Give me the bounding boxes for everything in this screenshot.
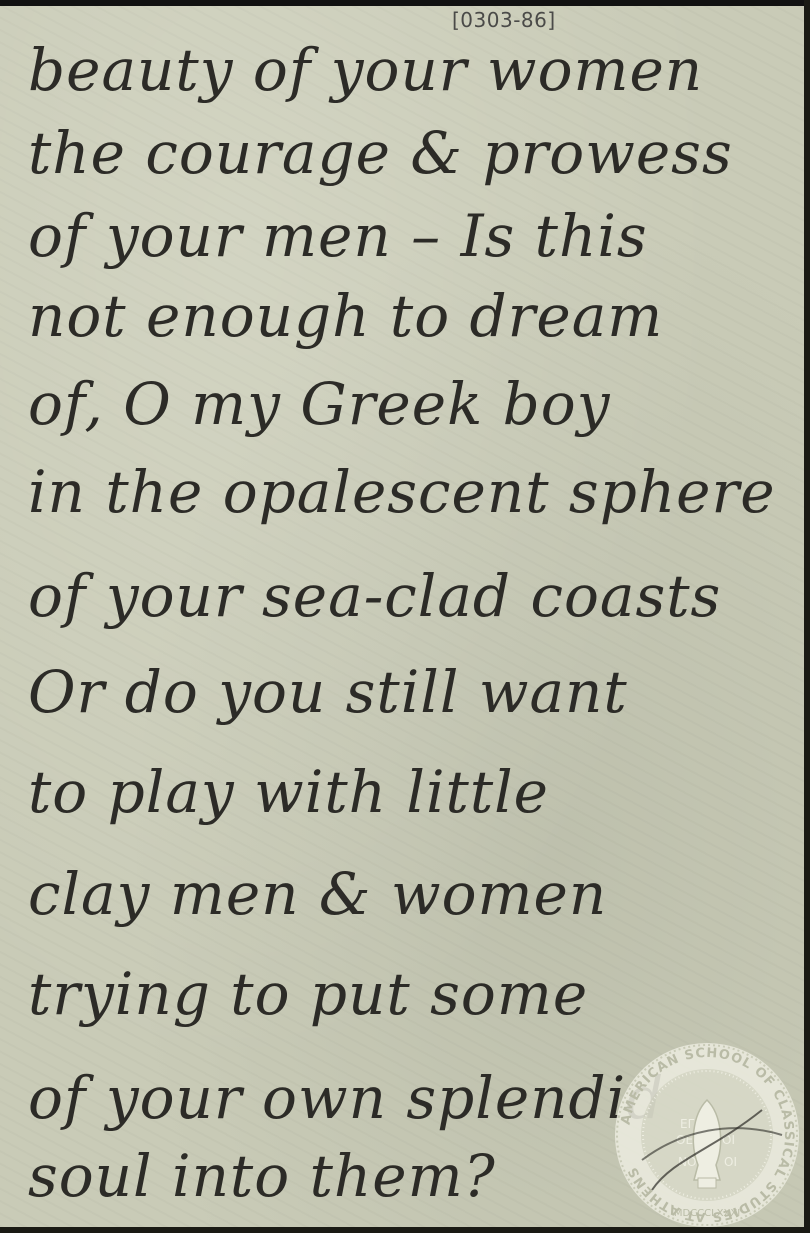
line-text: Or do you still want	[28, 658, 628, 726]
line-text: not enough to dream	[28, 282, 663, 350]
svg-text:ΝΟ: ΝΟ	[678, 1155, 696, 1169]
svg-text:ΟΙ: ΟΙ	[724, 1155, 737, 1169]
handwriting-line-9: to play with little	[0, 750, 804, 842]
line-text: of your own splendid	[28, 1064, 664, 1132]
line-text: of your sea-clad coasts	[28, 562, 721, 630]
handwriting-line-3: of your men – Is this	[0, 194, 804, 286]
scan-border-right	[804, 0, 810, 1233]
line-text: the courage & prowess	[28, 119, 733, 187]
handwriting-line-8: Or do you still want	[0, 650, 804, 742]
handwriting-line-10: clay men & women	[0, 852, 804, 944]
handwriting-line-1: beauty of your women	[0, 28, 804, 120]
handwriting-line-6: in the opalescent sphere	[0, 450, 804, 542]
handwriting-line-7: of your sea-clad coasts	[0, 554, 804, 646]
line-text: soul into them?	[28, 1142, 496, 1210]
embossed-seal-icon: AMERICAN SCHOOL OF CLASSICAL STUDIES AT …	[612, 1040, 802, 1227]
line-text: to play with little	[28, 758, 549, 826]
svg-text:ΟΙ: ΟΙ	[722, 1133, 735, 1147]
handwriting-line-2: the courage & prowess	[0, 111, 804, 203]
handwriting-line-11: trying to put some	[0, 952, 804, 1044]
line-text: clay men & women	[28, 860, 607, 928]
line-text: beauty of your women	[28, 36, 703, 104]
handwriting-line-4: not enough to dream	[0, 274, 804, 366]
line-text: of, O my Greek boy	[28, 370, 610, 438]
scan-border-bottom	[0, 1227, 810, 1233]
line-text: of your men – Is this	[28, 202, 648, 270]
svg-text:MDCCCLXXXI: MDCCCLXXXI	[674, 1208, 740, 1219]
svg-text:ΕΓ: ΕΓ	[680, 1117, 695, 1131]
letter-page: [0303-86] beauty of your women the coura…	[0, 6, 804, 1227]
line-text: in the opalescent sphere	[28, 458, 776, 526]
line-text: trying to put some	[28, 960, 588, 1028]
handwriting-line-5: of, O my Greek boy	[0, 362, 804, 454]
